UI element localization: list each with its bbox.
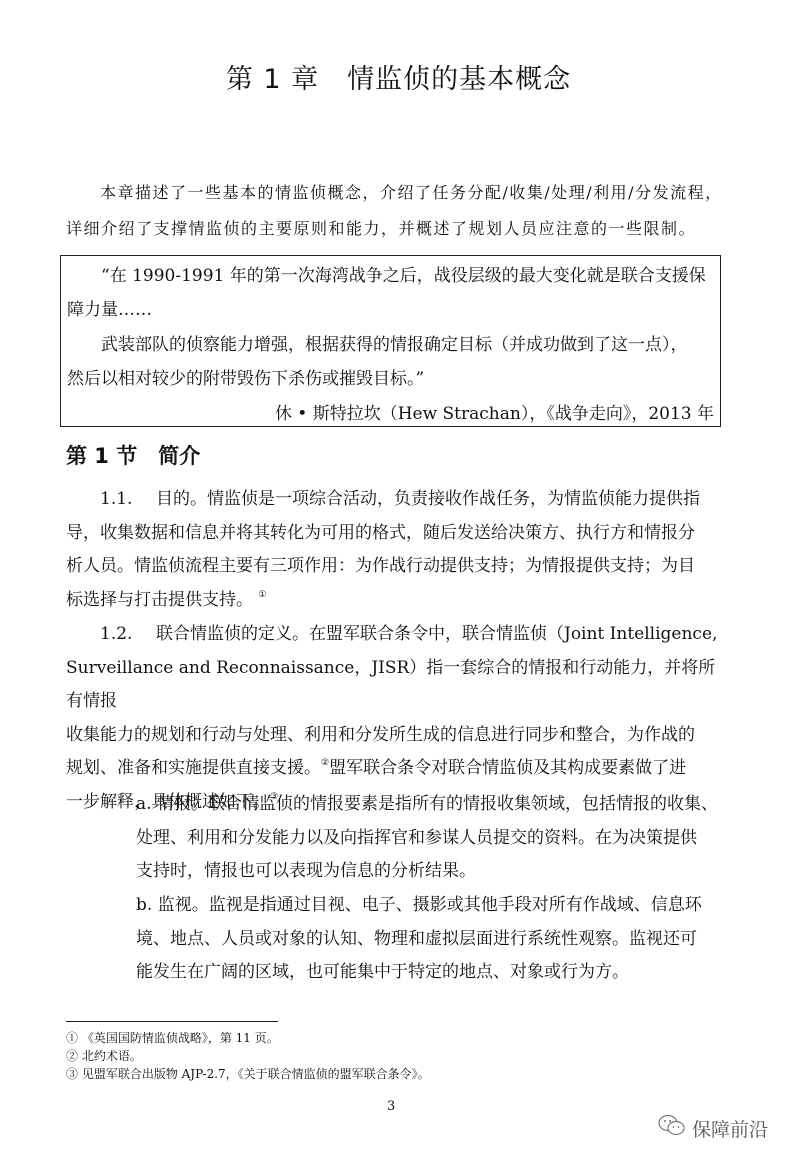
footnote-2: ② 北约术语。 xyxy=(66,1048,142,1064)
quote-line: 障力量…… xyxy=(67,298,717,322)
paragraph-number: 1.2. xyxy=(66,618,156,652)
footnote-3: ③ 见盟军联合出版物 AJP-2.7，《关于联合情监侦的盟军联合条令》。 xyxy=(66,1066,430,1082)
subitem-line: b. 监视。监视是指通过目视、电子、摄影或其他手段对所有作战域、信息环 xyxy=(136,889,730,923)
paragraph-line: 规划、准备和实施提供直接支援。 xyxy=(66,758,321,778)
page-number: 3 xyxy=(387,1099,395,1114)
abstract-line: 详细介绍了支撑情监侦的主要原则和能力，并概述了规划人员应注意的一些限制。 xyxy=(66,211,730,247)
paragraph-line: 导，收集数据和信息并将其转化为可用的格式，随后发送给决策方、执行方和情报分 xyxy=(66,517,730,551)
paragraph-line: 析人员。情监侦流程主要有三项作用：为作战行动提供支持；为情报提供支持；为目 xyxy=(66,550,730,584)
abstract-line: 本章描述了一些基本的情监侦概念，介绍了任务分配/收集/处理/利用/分发流程， xyxy=(100,183,723,202)
paragraph-line: 联合情监侦的定义。在盟军联合条令中，联合情监侦（Joint Intelligen… xyxy=(156,624,717,644)
chapter-abstract: 本章描述了一些基本的情监侦概念，介绍了任务分配/收集/处理/利用/分发流程， 详… xyxy=(66,175,730,247)
subitem-b: b. 监视。监视是指通过目视、电子、摄影或其他手段对所有作战域、信息环 境、地点… xyxy=(136,889,730,990)
paragraph-line: 目的。情监侦是一项综合活动，负责接收作战任务，为情监侦能力提供指 xyxy=(156,489,700,509)
section-heading: 第 1 节 简介 xyxy=(66,440,200,472)
wechat-icon xyxy=(658,1114,686,1143)
paragraph-number: 1.1. xyxy=(66,483,156,517)
quote-attribution: 休 • 斯特拉坎（Hew Strachan），《战争走向》，2013 年 xyxy=(275,402,714,426)
watermark: 保障前沿 xyxy=(658,1114,768,1143)
quote-line: 然后以相对较少的附带毁伤下杀伤或摧毁目标。” xyxy=(67,367,717,391)
epigraph-box: “在 1990-1991 年的第一次海湾战争之后，战役层级的最大变化就是联合支援… xyxy=(60,255,721,427)
paragraph-line: 标选择与打击提供支持。 xyxy=(66,590,253,610)
subitem-line: 能发生在广阔的区域，也可能集中于特定的地点、对象或行为方。 xyxy=(136,956,730,990)
paragraph-line: 盟军联合条令对联合情监侦及其构成要素做了进 xyxy=(329,758,686,778)
footnote-ref[interactable]: ① xyxy=(258,590,266,600)
paragraph-1-1: 1.1.目的。情监侦是一项综合活动，负责接收作战任务，为情监侦能力提供指 导，收… xyxy=(66,483,730,617)
subitem-a: a. 情报。联合情监侦的情报要素是指所有的情报收集领域，包括情报的收集、 处理、… xyxy=(136,788,730,889)
subitem-line: 境、地点、人员或对象的认知、物理和虚拟层面进行系统性观察。监视还可 xyxy=(136,923,730,957)
chapter-title: 第 1 章 情监侦的基本概念 xyxy=(0,60,797,100)
quote-line: 武装部队的侦察能力增强，根据获得的情报确定目标（并成功做到了这一点）， xyxy=(67,333,717,357)
footnote-ref[interactable]: ② xyxy=(321,758,329,768)
subitem-line: a. 情报。联合情监侦的情报要素是指所有的情报收集领域，包括情报的收集、 xyxy=(136,788,730,822)
paragraph-line: Surveillance and Reconnaissance，JISR）指一套… xyxy=(66,652,730,719)
subitem-line: 支持时，情报也可以表现为信息的分析结果。 xyxy=(136,855,730,889)
subitem-line: 处理、利用和分发能力以及向指挥官和参谋人员提交的资料。在为决策提供 xyxy=(136,822,730,856)
footnote-divider xyxy=(66,1021,278,1022)
footnote-1: ① 《英国国防情监侦战略》，第 11 页。 xyxy=(66,1030,279,1046)
watermark-text: 保障前沿 xyxy=(692,1115,768,1142)
paragraph-line: 收集能力的规划和行动与处理、利用和分发所生成的信息进行同步和整合，为作战的 xyxy=(66,719,730,753)
quote-line: “在 1990-1991 年的第一次海湾战争之后，战役层级的最大变化就是联合支援… xyxy=(67,264,717,288)
